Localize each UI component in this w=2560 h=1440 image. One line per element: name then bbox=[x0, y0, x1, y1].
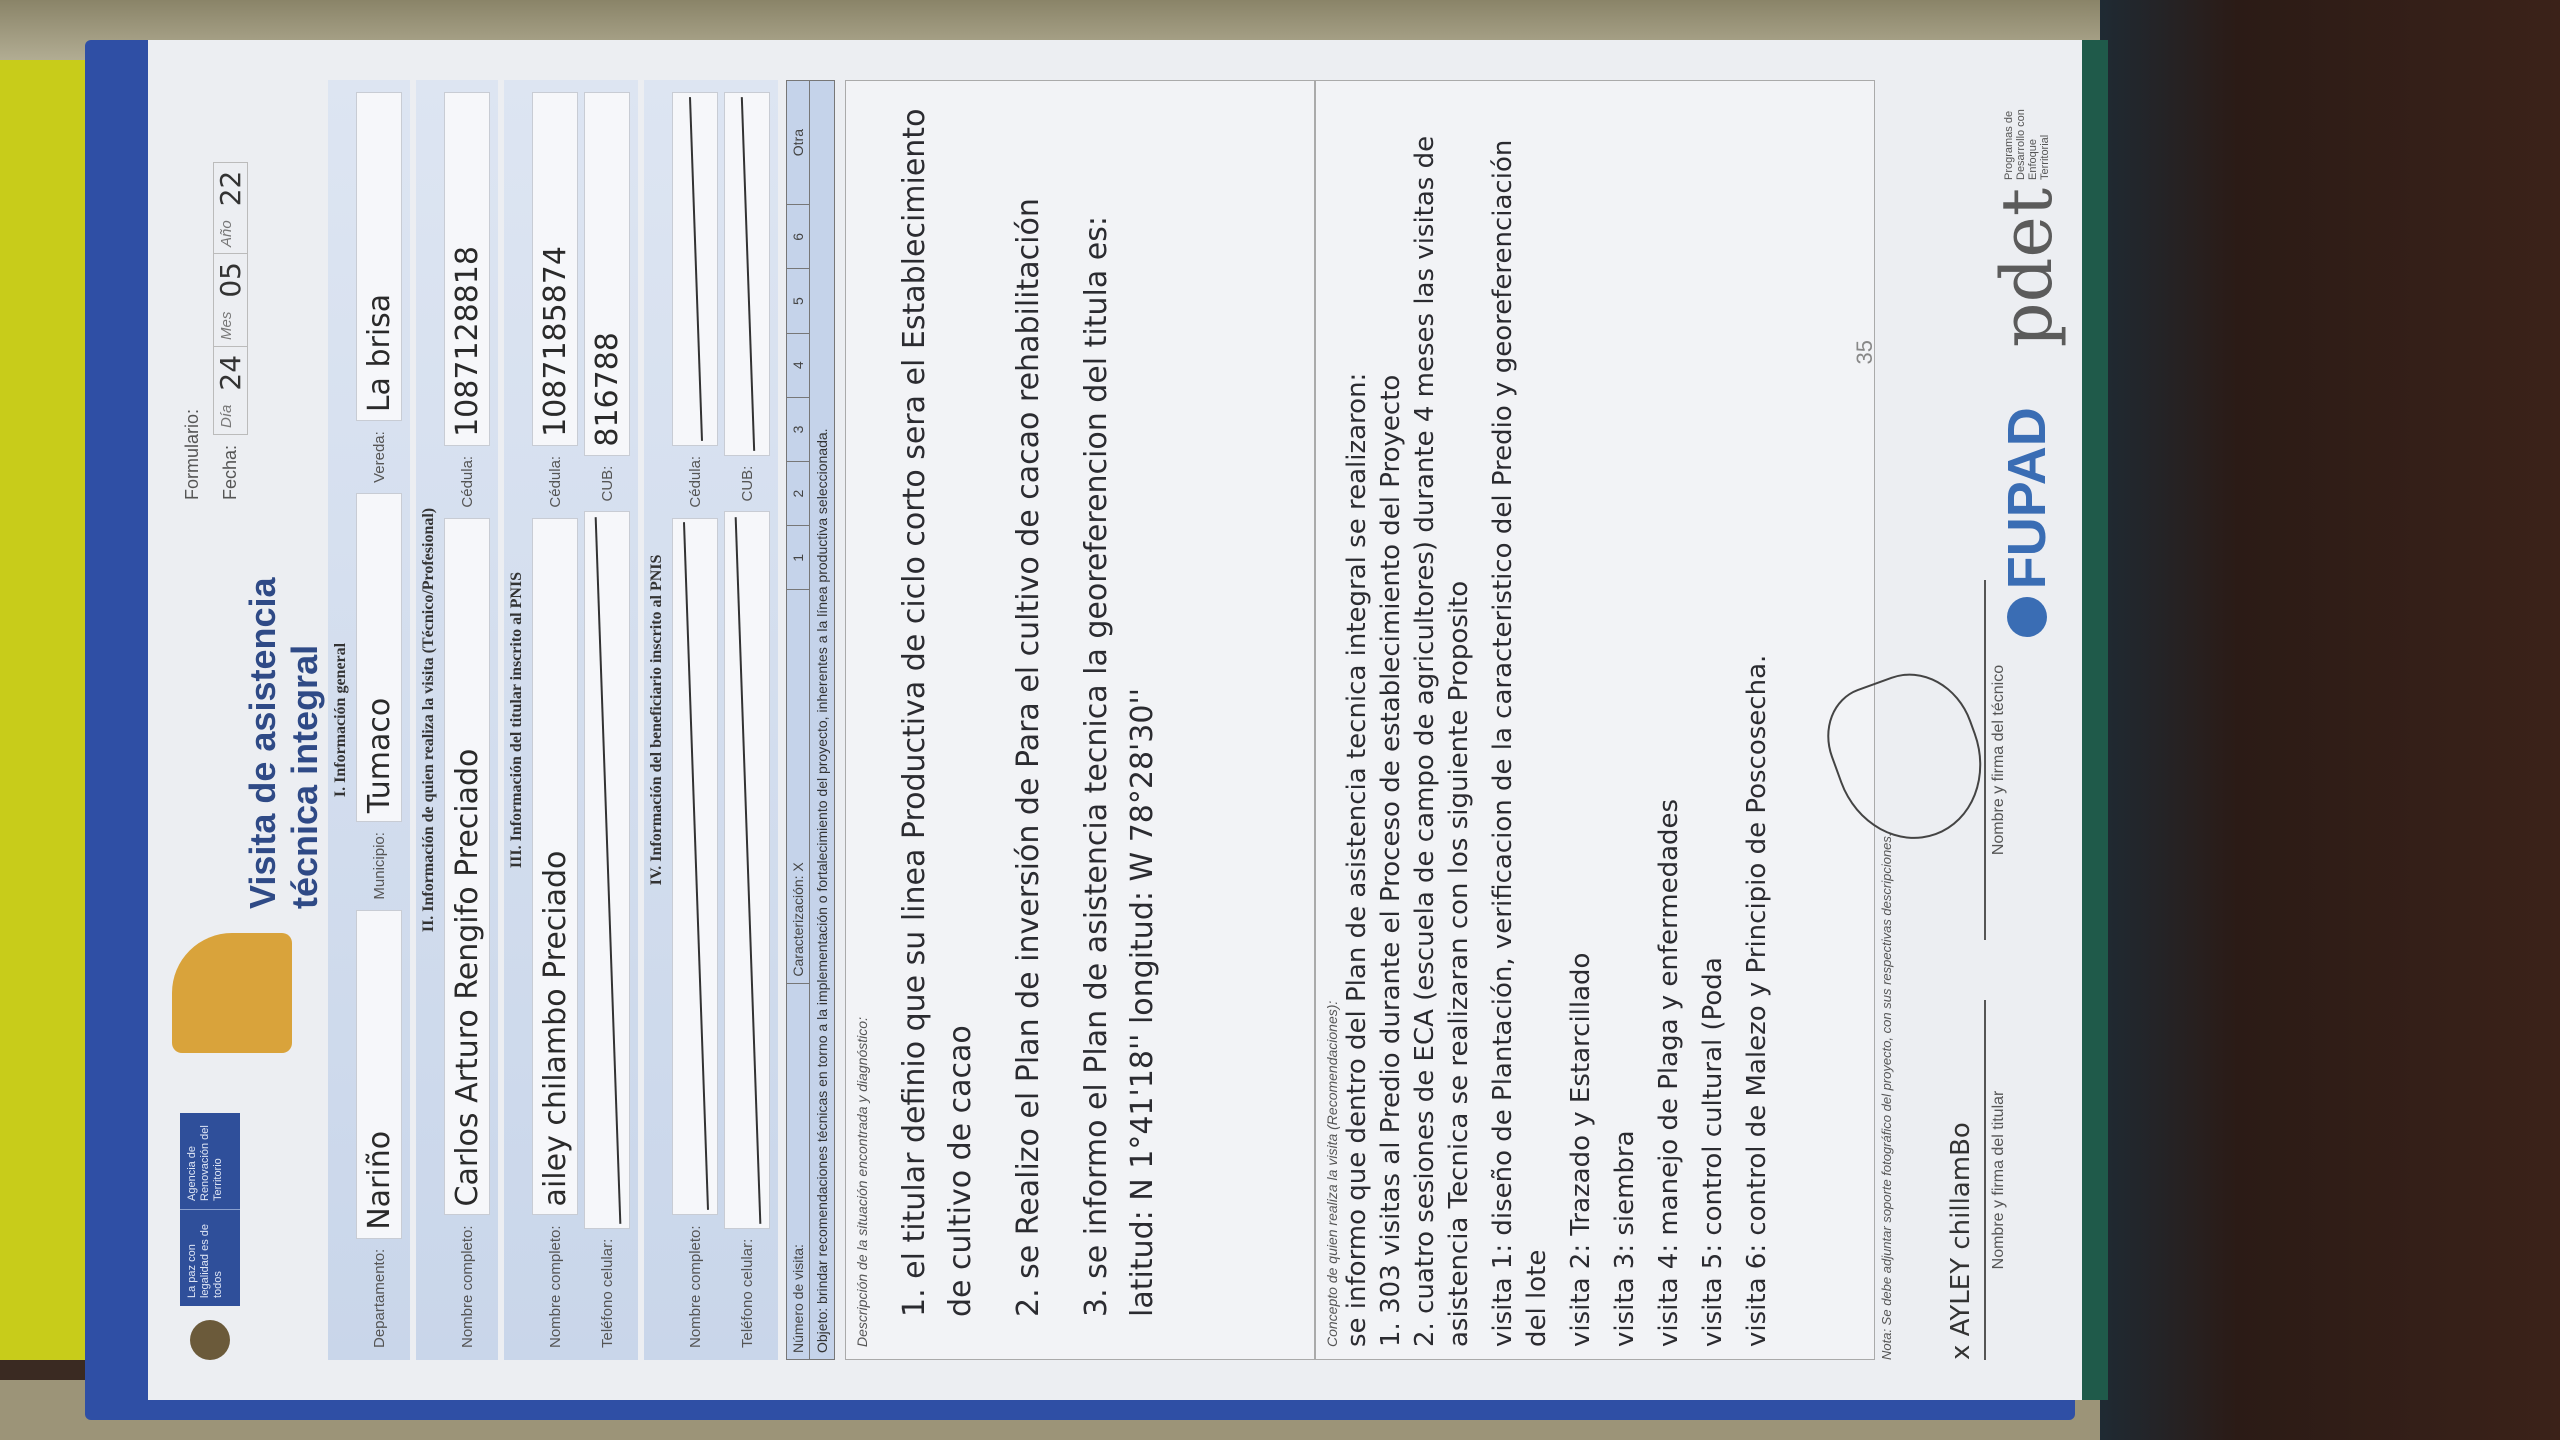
form-sheet: La paz con legalidad es de todos Agencia… bbox=[148, 40, 2108, 1400]
visit-number-table: Número de visita: Caracterización: X 1 2… bbox=[786, 80, 810, 1360]
visit-option[interactable]: 6 bbox=[787, 205, 810, 269]
concept-line: 2. cuatro sesiones de ECA (escuela de ca… bbox=[1408, 93, 1476, 1347]
description-box[interactable]: Descripción de la situación encontrada y… bbox=[845, 80, 1315, 1360]
concept-line: se informo que dentro del Plan de asiste… bbox=[1340, 93, 1374, 1347]
visit-plan-item: visita 4: manejo de Plaga y enfermedades bbox=[1652, 93, 1686, 1347]
section-visitor-info: II. Información de quien realiza la visi… bbox=[416, 80, 498, 1360]
page-number: 35 bbox=[1852, 340, 1878, 364]
visit-plan-item: visita 6: control de Malezo y Principio … bbox=[1740, 93, 1774, 1347]
form-header: La paz con legalidad es de todos Agencia… bbox=[172, 80, 322, 1360]
globe-icon bbox=[2007, 597, 2047, 637]
visit-plan-item: visita 1: diseño de Plantación, verifica… bbox=[1486, 93, 1554, 1347]
visit-option[interactable]: Caracterización: X bbox=[787, 590, 810, 983]
visit-option[interactable]: 4 bbox=[787, 333, 810, 397]
visit-option[interactable]: 1 bbox=[787, 526, 810, 590]
visitor-name-field[interactable]: Carlos Arturo Rengifo Preciado bbox=[444, 518, 490, 1216]
government-logo: La paz con legalidad es de todos Agencia… bbox=[180, 1113, 240, 1306]
titular-phone-field[interactable] bbox=[584, 511, 630, 1228]
visitor-cedula-field[interactable]: 1087128818 bbox=[444, 92, 490, 446]
description-coordinates: latitud: N 1°41'18'' longitud: W 78°28'3… bbox=[1120, 93, 1166, 1317]
visit-option[interactable]: 5 bbox=[787, 269, 810, 333]
municipio-field[interactable]: Tumaco bbox=[356, 493, 402, 822]
beneficiary-cedula-field[interactable] bbox=[672, 92, 718, 446]
fecha-label: Fecha: bbox=[220, 445, 241, 500]
concept-line: 1. 303 visitas al Predio durante el Proc… bbox=[1374, 93, 1408, 1347]
titular-name-field[interactable]: ailey chilambo Preciado bbox=[532, 518, 578, 1216]
beneficiary-name-field[interactable] bbox=[672, 518, 718, 1216]
visit-objective: Objeto: brindar recomendaciones técnicas… bbox=[810, 80, 835, 1360]
month-value: 05 bbox=[214, 253, 247, 306]
art-logo-icon bbox=[172, 933, 292, 1053]
form-meta: Formulario: Fecha: Día24 Mes05 Año22 bbox=[182, 80, 258, 500]
year-value: 22 bbox=[214, 163, 247, 215]
visit-option[interactable]: 2 bbox=[787, 462, 810, 526]
day-value: 24 bbox=[214, 346, 247, 399]
vereda-field[interactable]: La brisa bbox=[356, 92, 402, 421]
visit-plan-item: visita 5: control cultural (Poda bbox=[1696, 93, 1730, 1347]
fupad-logo: FUPAD bbox=[1996, 407, 2058, 637]
description-item: 2. se Realizo el Plan de inversión de Pa… bbox=[1006, 93, 1052, 1317]
description-item: 1. el titular definio que su linea Produ… bbox=[892, 93, 984, 1317]
concept-box[interactable]: Concepto de quien realiza la visita (Rec… bbox=[1315, 80, 1875, 1360]
section-titular-info: III. Información del titular inscrito al… bbox=[504, 80, 638, 1360]
titular-cub-field[interactable]: 816788 bbox=[584, 92, 630, 456]
colombia-coat-of-arms-icon bbox=[190, 1320, 230, 1360]
footer-band bbox=[2082, 40, 2108, 1400]
beneficiary-cub-field[interactable] bbox=[724, 92, 770, 456]
visit-option[interactable]: 3 bbox=[787, 397, 810, 461]
description-item: 3. se informo el Plan de asistencia tecn… bbox=[1074, 93, 1120, 1317]
background-floor bbox=[2100, 0, 2560, 1440]
page-title: Visita de asistencia técnica integral bbox=[242, 500, 326, 909]
section-beneficiary-info: IV. Información del beneficiario inscrit… bbox=[644, 80, 778, 1360]
departamento-field[interactable]: Nariño bbox=[356, 910, 402, 1239]
visit-plan-item: visita 3: siembra bbox=[1608, 93, 1642, 1347]
footer-logos: FUPAD pdet Programas de Desarrollo con E… bbox=[1986, 100, 2068, 637]
titular-signature[interactable]: x AYLEY chillamBo Nombre y firma del tit… bbox=[1984, 1000, 2008, 1360]
visit-plan-item: visita 2: Trazado y Estarcillado bbox=[1564, 93, 1598, 1347]
beneficiary-phone-field[interactable] bbox=[724, 511, 770, 1228]
section-general-info: I. Información general Departamento: Nar… bbox=[328, 80, 410, 1360]
pdet-logo: pdet Programas de Desarrollo con Enfoque… bbox=[1986, 100, 2068, 347]
titular-cedula-field[interactable]: 1087185874 bbox=[532, 92, 578, 446]
visit-option[interactable]: Otra bbox=[787, 81, 810, 205]
formulario-label: Formulario: bbox=[182, 409, 203, 500]
date-field[interactable]: Día24 Mes05 Año22 bbox=[213, 162, 248, 435]
